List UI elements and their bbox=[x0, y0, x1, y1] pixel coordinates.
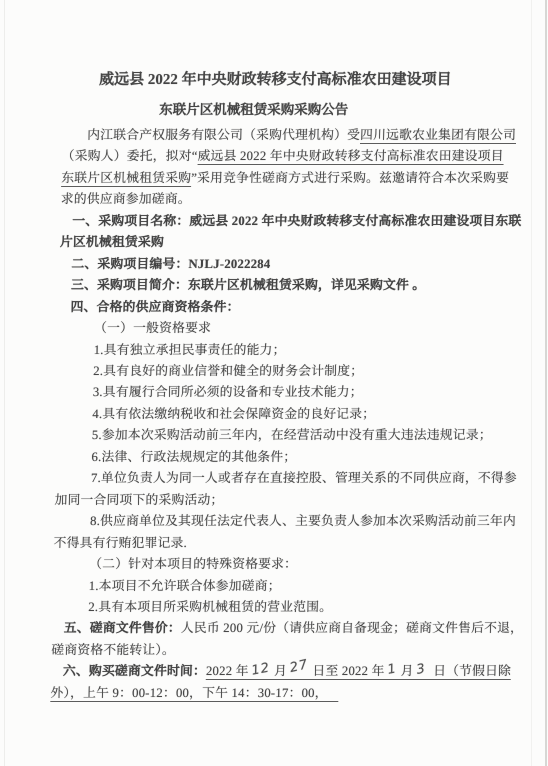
special-requirement-2: 2.具有本项目所采购机械租赁的营业范围。 bbox=[52, 597, 490, 618]
general-requirement-8-line-1: 8.供应商单位及其现任法定代表人、主要负责人参加本次采购活动前三年内 bbox=[54, 511, 492, 532]
general-requirement-8-line-2: 不得具有行贿犯罪记录. bbox=[53, 533, 491, 554]
page-title-line-1: 威远县 2022 年中央财政转移支付高标准农田建设项目 bbox=[56, 66, 495, 95]
section-project-name-line-1: 一、采购项目名称：威远县 2022 年中央财政转移支付高标准农田建设项目东联 bbox=[60, 211, 498, 232]
general-requirement-7-line-1: 7.单位负责人为同一人或者存在直接控股、管理关系的不同供应商，不得参 bbox=[55, 468, 493, 489]
date-printed-segment-4: 月 bbox=[397, 664, 417, 678]
general-requirement-3: 3.具有履行合同所必须的设备和专业技术能力； bbox=[57, 382, 495, 403]
purchase-time-line-2: 外），上午 9：00-12：00，下午 14：30-17：00， bbox=[50, 683, 488, 704]
general-requirement-4: 4.具有依法缴纳税收和社会保障资金的良好记录； bbox=[56, 404, 494, 425]
date-printed-segment-1: 2022 年 bbox=[206, 664, 252, 678]
intro-agency-text: 内江联合产权服务有限公司（采购代理机构）受 bbox=[87, 128, 360, 142]
general-requirement-7-line-2: 加同一合同项下的采购活动； bbox=[54, 490, 492, 511]
document-price-line-1: 五、磋商文件售价：人民币 200 元/份（请供应商自备现金；磋商文件售后不退， bbox=[52, 618, 490, 639]
date-printed-segment-5: 日（节假日除 bbox=[426, 664, 511, 678]
intro-line-3: 东联片区机械租赁采购”采用竞争性磋商方式进行采购。兹邀请符合本次采购要 bbox=[61, 168, 499, 189]
handwritten-day-1: 27 bbox=[287, 655, 310, 680]
intro-method-text: ”采用竞争性磋商方式进行采购。兹邀请符合本次采购要 bbox=[191, 171, 509, 185]
intro-line-2: （采购人）委托，拟对“威远县 2022 年中央财政转移支付高标准农田建设项目 bbox=[61, 146, 499, 167]
document-page: 威远县 2022 年中央财政转移支付高标准农田建设项目 东联片区机械租赁采购采购… bbox=[0, 0, 548, 704]
general-requirement-2: 2.具有良好的商业信誉和健全的财务会计制度； bbox=[57, 361, 495, 382]
handwritten-month-1: 12 bbox=[250, 658, 272, 683]
intro-line-1: 内江联合产权服务有限公司（采购代理机构）受四川远歌农业集团有限公司 bbox=[62, 125, 500, 146]
section-project-summary: 三、采购项目简介：东联片区机械租赁采购，详见采购文件 。 bbox=[59, 275, 497, 296]
special-requirements-title: （二）针对本项目的特殊资格要求： bbox=[53, 554, 491, 575]
document-price-text: 人民币 200 元/份（请供应商自备现金；磋商文件售后不退， bbox=[181, 621, 524, 635]
section-project-name-line-2: 片区机械租赁采购 bbox=[60, 232, 498, 253]
purchase-time-hours-underlined: 外），上午 9：00-12：00，下午 14：30-17：00， bbox=[50, 686, 339, 702]
purchase-time-label: 六、购买磋商文件时间： bbox=[63, 664, 206, 678]
page-title-line-2: 东联片区机械租赁采购采购公告 bbox=[34, 95, 473, 125]
top-margin bbox=[64, 0, 503, 66]
section-supplier-qualifications: 四、合格的供应商资格条件： bbox=[58, 297, 496, 318]
project-name-underlined-part2: 东联片区机械租赁采购 bbox=[61, 171, 191, 187]
document-price-label: 五、磋商文件售价： bbox=[64, 621, 181, 635]
general-requirement-1: 1.具有独立承担民事责任的能力； bbox=[57, 340, 495, 361]
special-requirement-1: 1.本项目不允许联合体参加磋商； bbox=[52, 576, 490, 597]
purchase-time-dates-underlined: 2022 年 12 月 27 日至 2022 年 1 月 3 日（节假日除 bbox=[206, 664, 512, 680]
date-printed-segment-2: 月 bbox=[271, 664, 291, 678]
project-name-underlined-part1: 威远县 2022 年中央财政转移支付高标准农田建设项目 bbox=[197, 149, 503, 165]
date-printed-segment-3: 日至 2022 年 bbox=[309, 664, 388, 678]
purchaser-name-underlined: 四川远歌农业集团有限公司 bbox=[360, 128, 516, 144]
intro-entrust-text: （采购人）委托，拟对“ bbox=[62, 149, 198, 163]
general-requirement-6: 6.法律、行政法规规定的其他条件； bbox=[55, 447, 493, 468]
general-requirements-title: （一）一般资格要求 bbox=[58, 318, 496, 339]
section-project-number: 二、采购项目编号：NJLJ-2022284 bbox=[59, 254, 497, 275]
general-requirement-5: 5.参加本次采购活动前三年内，在经营活动中没有重大违法违规记录； bbox=[56, 425, 494, 446]
purchase-time-line-1: 六、购买磋商文件时间：2022 年 12 月 27 日至 2022 年 1 月 … bbox=[51, 661, 489, 682]
intro-line-4: 求的供应商参加磋商。 bbox=[61, 189, 499, 210]
